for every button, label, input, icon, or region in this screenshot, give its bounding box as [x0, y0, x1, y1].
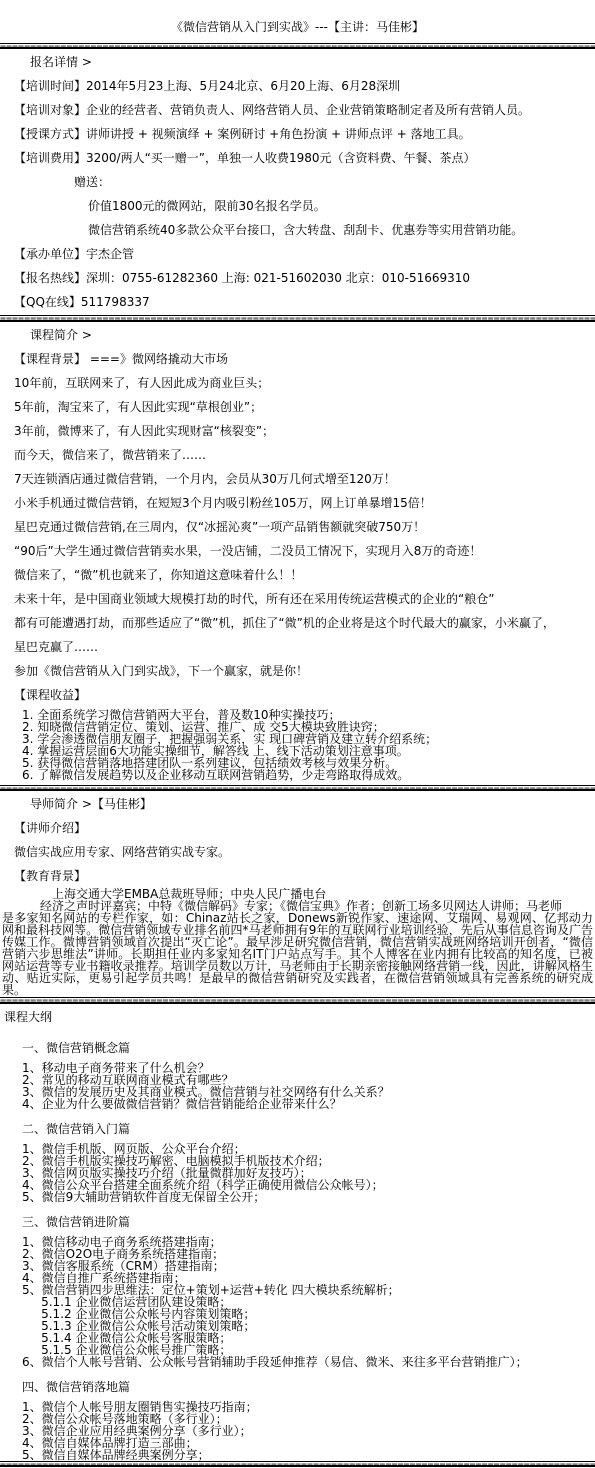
intro-section: 课程简介 > 【课程背景】 ===》微网络撬动大市场 10年前，互联网来了，有人…	[0, 323, 595, 707]
outline-item: 4、微信自媒体品牌打造三部曲；	[0, 1437, 595, 1449]
outline-subitem: 5.1.1 企业微信运营团队建设策略；	[0, 1296, 595, 1308]
outline-item: 3、微信网页版实操技巧介绍（批量微群加好友技巧）；	[0, 1167, 595, 1179]
signup-header: 报名详情 >	[0, 50, 595, 74]
outline-item: 2、微信公众帐号落地策略（多行业）；	[0, 1413, 595, 1425]
benefit-item: 2. 知晓微信营销定位、策划、运营、推广、成 交5大模块致胜诀窍；	[0, 721, 595, 733]
outline-section-concept: 一、微信营销概念篇 1、移动电子商务带来了什么机会？ 2、常见的移动互联网商业模…	[0, 1029, 595, 1110]
outline-subitem: 5.1.5 企业微信公众帐号推广策略；	[0, 1344, 595, 1356]
lecturer-text: 微信实战应用专家、网络营销实战专家。	[0, 840, 595, 864]
outline-item: 4、企业为什么要做微信营销？微信营销能给企业带来什么？	[0, 1098, 595, 1110]
tutor-header: 导师简介 >【马佳彬】	[0, 792, 595, 816]
separator: ========================================…	[0, 315, 595, 321]
intro-paragraph: 而今天，微信来了，微营销来了……	[0, 443, 595, 467]
outline-header: 课程大纲	[0, 1005, 595, 1029]
signup-line-hotline: 【报名热线】深圳：0755-61282360 上海: 021-51602030 …	[0, 266, 595, 290]
outline-item: 2、微信手机版实操技巧解密、电脑模拟手机版技术介绍；	[0, 1155, 595, 1167]
education-paragraph: 是多家知名网站的专栏作家，如：Chinaz站长之家，Donews新锐作家、速途网…	[0, 912, 595, 996]
signup-line-time: 【培训时间】2014年5月23上海、5月24北京、6月20上海、6月28深圳	[0, 74, 595, 98]
separator: ========================================…	[0, 1461, 595, 1467]
intro-paragraph: 3年前，微博来了，有人因此实现财富“核裂变”；	[0, 419, 595, 443]
outline-item: 4、微信公众平台搭建全面系统介绍（科学正确使用微信公众帐号）；	[0, 1179, 595, 1191]
outline-subitem: 5.1.2 企业微信公众帐号内容策划策略；	[0, 1308, 595, 1320]
gift-label: 赠送：	[0, 170, 595, 194]
separator: ========================================…	[0, 785, 595, 791]
intro-header: 课程简介 >	[0, 323, 595, 347]
separator: ========================================…	[0, 997, 595, 1003]
education-label: 【教育背景】	[0, 864, 595, 888]
outline-section-landing: 四、微信营销落地篇 1、微信个人帐号朋友圈销售实操技巧指南； 2、微信公众帐号落…	[0, 1368, 595, 1461]
outline-item: 3、微信客服系统（CRM）搭建指南；	[0, 1260, 595, 1272]
outline-item: 1、微信移动电子商务系统搭建指南；	[0, 1236, 595, 1248]
signup-section: 报名详情 > 【培训时间】2014年5月23上海、5月24北京、6月20上海、6…	[0, 50, 595, 314]
benefits-label: 【课程收益】	[0, 683, 595, 707]
intro-paragraph: “90后”大学生通过微信营销卖水果，一没店铺，二没员工情况下，实现月入8万的奇迹…	[0, 539, 595, 563]
outline-item: 3、微信的发展历史及其商业模式。微信营销与社交网络有什么关系？	[0, 1086, 595, 1098]
intro-paragraph: 10年前，互联网来了，有人因此成为商业巨头；	[0, 371, 595, 395]
outline-item: 5、微信自媒体品牌经典案例分享；	[0, 1449, 595, 1461]
signup-line-organizer: 【承办单位】宇杰企管	[0, 242, 595, 266]
lecturer-label: 【讲师介绍】	[0, 816, 595, 840]
intro-paragraph: 未来十年，是中国商业领域大规模打劫的时代，所有还在采用传统运营模式的企业的“粮仓…	[0, 587, 595, 611]
outline-item: 1、移动电子商务带来了什么机会？	[0, 1062, 595, 1074]
gift-line: 价值1800元的微网站，限前30名报名学员。	[0, 194, 595, 218]
outline-item: 3、微信企业应用经典案例分享（多行业）；	[0, 1425, 595, 1437]
intro-paragraph: 参加《微信营销从入门到实战》，下一个赢家，就是你！	[0, 659, 595, 683]
benefit-item: 3. 学会渗透微信朋友圈子，把握强弱关系，实 现口碑营销及建立转介绍系统；	[0, 733, 595, 745]
tutor-section: 导师简介 >【马佳彬】 【讲师介绍】 微信实战应用专家、网络营销实战专家。 【教…	[0, 792, 595, 888]
outline-item: 1、微信手机版、网页版、公众平台介绍；	[0, 1143, 595, 1155]
outline-item: 2、微信O2O电子商务系统搭建指南；	[0, 1248, 595, 1260]
outline-section-advanced: 三、微信营销进阶篇 1、微信移动电子商务系统搭建指南； 2、微信O2O电子商务系…	[0, 1203, 595, 1368]
intro-paragraph: 都有可能遭遇打劫，而那些适应了“微”机，抓住了“微”机的企业将是这个时代最大的赢…	[0, 611, 595, 635]
benefits-list: 1. 全面系统学习微信营销两大平台，普及数10种实操技巧； 2. 知晓微信营销定…	[0, 709, 595, 781]
outline-section-title: 四、微信营销落地篇	[0, 1381, 595, 1393]
gift-line: 微信营销系统40多款公众平台接口，含大转盘、刮刮卡、优惠券等实用营销功能。	[0, 218, 595, 242]
signup-line-method: 【授课方式】讲师讲授 + 视频演绎 + 案例研讨 +角色扮演 + 讲师点评 + …	[0, 122, 595, 146]
intro-paragraph: 星巴克赢了……	[0, 635, 595, 659]
intro-paragraph: 小米手机通过微信营销，在短短3个月内吸引粉丝105万，网上订单暴增15倍！	[0, 491, 595, 515]
benefit-item: 5. 获得微信营销落地搭建团队一系列建议，包括绩效考核与效果分析。	[0, 757, 595, 769]
outline-item: 4、微信自推广系统搭建指南；	[0, 1272, 595, 1284]
intro-paragraph: 微信来了，“微”机也就来了，你知道这意味着什么！！	[0, 563, 595, 587]
intro-paragraph: 星巴克通过微信营销,在三周内，仅“冰摇沁爽”一项产品销售额就突破750万！	[0, 515, 595, 539]
outline-section-title: 二、微信营销入门篇	[0, 1123, 595, 1135]
signup-line-audience: 【培训对象】企业的经营者、营销负责人、网络营销人员、企业营销策略制定者及所有营销…	[0, 98, 595, 122]
intro-paragraph: 7天连锁酒店通过微信营销，一个月内，会员从30万几何式增至120万！	[0, 467, 595, 491]
outline-section-title: 三、微信营销进阶篇	[0, 1216, 595, 1228]
outline-subitem: 5.1.3 企业微信公众帐号活动策划策略；	[0, 1320, 595, 1332]
course-background-line: 【课程背景】 ===》微网络撬动大市场	[0, 347, 595, 371]
signup-line-qq: 【QQ在线】511798337	[0, 290, 595, 314]
benefit-item: 1. 全面系统学习微信营销两大平台，普及数10种实操技巧；	[0, 709, 595, 721]
outline-item: 1、微信个人帐号朋友圈销售实操技巧指南；	[0, 1401, 595, 1413]
page-title: 《微信营销从入门到实战》---【主讲：马佳彬】	[0, 20, 595, 35]
outline-subitem: 5.1.4 企业微信公众帐号客服策略；	[0, 1332, 595, 1344]
outline-section-title: 一、微信营销概念篇	[0, 1042, 595, 1054]
outline-item: 6、微信个人帐号营销、公众帐号营销辅助手段延伸推荐（易信、微米、来往多平台营销推…	[0, 1356, 595, 1368]
outline-item: 2、常见的移动互联网商业模式有哪些？	[0, 1074, 595, 1086]
benefit-item: 6. 了解微信发展趋势以及企业移动互联网营销趋势，少走弯路取得成效。	[0, 769, 595, 781]
intro-paragraph: 5年前，淘宝来了，有人因此实现“草根创业”；	[0, 395, 595, 419]
signup-line-fee: 【培训费用】3200/两人“买一赠一”，单独一人收费1980元（含资料费、午餐、…	[0, 146, 595, 170]
separator: ========================================…	[0, 43, 595, 49]
outline-section-beginner: 二、微信营销入门篇 1、微信手机版、网页版、公众平台介绍； 2、微信手机版实操技…	[0, 1110, 595, 1203]
benefit-item: 4. 掌握运营层面6大功能实操细节，解答线 上、线下活动策划注意事项。	[0, 745, 595, 757]
outline-item: 5、微信营销四步思维法：定位+策划+运营+转化 四大模块系统解析；	[0, 1284, 595, 1296]
outline-item: 5、微信9大辅助营销软件首度无保留全公开；	[0, 1191, 595, 1203]
